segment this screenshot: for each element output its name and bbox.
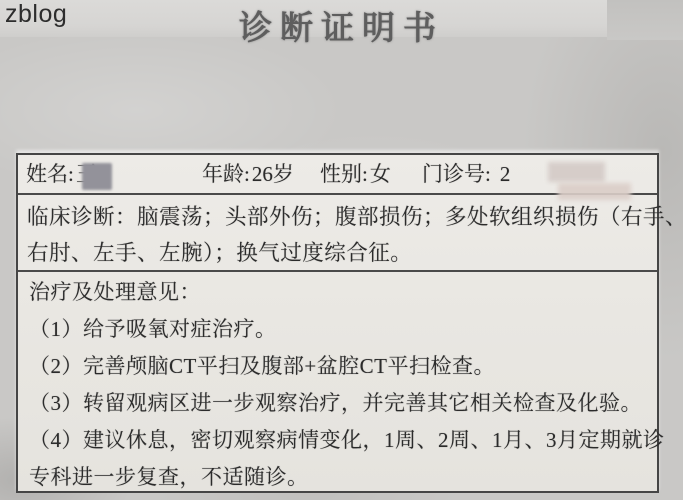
diagnosis-line-2: 右肘、左手、左腕）；换气过度综合征。 bbox=[27, 235, 649, 271]
treatment-opinion-row: 治疗及处理意见： （1）给予吸氧对症治疗。 （2）完善颅脑CT平扫及腹部+盆腔C… bbox=[18, 272, 657, 491]
gender-value: 女 bbox=[370, 162, 391, 186]
treatment-item-4: （4）建议休息，密切观察病情变化，1周、2周、1月、3月定期就诊 bbox=[29, 422, 649, 459]
outpatient-number-redaction-blur-upper bbox=[548, 162, 605, 182]
gender-label: 性别: bbox=[320, 162, 368, 186]
document-title: 诊断证明书 bbox=[0, 2, 683, 49]
age-value: 26岁 bbox=[252, 162, 294, 186]
treatment-item-3: （3）转留观病区进一步观察治疗，并完善其它相关检查及化验。 bbox=[29, 385, 649, 422]
name-redaction-blur bbox=[82, 163, 112, 190]
patient-age-field: 年龄:26岁 bbox=[202, 155, 294, 193]
outpatient-number-field: 门诊号:2 bbox=[422, 155, 510, 193]
outpatient-label: 门诊号: bbox=[422, 162, 491, 186]
age-label: 年龄: bbox=[202, 162, 250, 186]
clinical-diagnosis-row: 临床诊断：脑震荡；头部外伤；腹部损伤；多处软组织损伤（右手、 右肘、左手、左腕）… bbox=[18, 195, 657, 272]
name-label: 姓名: bbox=[26, 162, 74, 186]
patient-gender-field: 性别:女 bbox=[320, 155, 391, 193]
certificate-table: 姓名:王 年龄:26岁 性别:女 门诊号:2 临床诊断：脑震荡；头部外伤；腹部损… bbox=[16, 153, 659, 493]
diagnosis-certificate-photo: zblog 诊断证明书 姓名:王 年龄:26岁 性别:女 门诊号:2 临床诊断：… bbox=[0, 0, 683, 500]
diagnosis-line-1: 临床诊断：脑震荡；头部外伤；腹部损伤；多处软组织损伤（右手、 bbox=[27, 199, 649, 235]
treatment-item-4-continuation: 专科进一步复查，不适随诊。 bbox=[29, 459, 649, 496]
outpatient-number-redaction-blur-lower bbox=[558, 183, 631, 200]
treatment-heading: 治疗及处理意见： bbox=[29, 274, 649, 311]
treatment-item-1: （1）给予吸氧对症治疗。 bbox=[29, 311, 649, 348]
treatment-item-2: （2）完善颅脑CT平扫及腹部+盆腔CT平扫检查。 bbox=[29, 348, 649, 385]
outpatient-value: 2 bbox=[500, 162, 511, 186]
